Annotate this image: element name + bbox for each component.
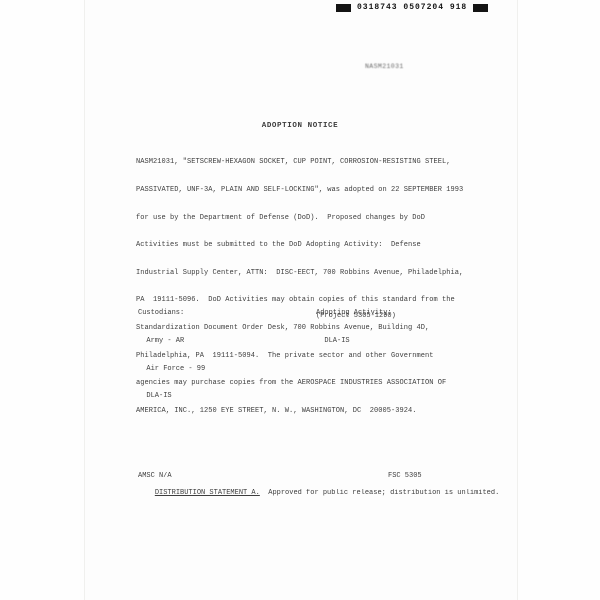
scan-header-stamp: 0318743 0507204 918 bbox=[336, 3, 488, 12]
distribution-statement: DISTRIBUTION STATEMENT A. Approved for p… bbox=[138, 481, 493, 505]
amsc-code: AMSC N/A bbox=[138, 472, 172, 480]
document-id: NASM21031 bbox=[365, 63, 404, 70]
custodian-air-force: Air Force - 99 bbox=[138, 365, 205, 374]
stamp-block-icon bbox=[336, 4, 351, 12]
page-title: ADOPTION NOTICE bbox=[0, 122, 600, 130]
distribution-statement-text: Approved for public release; distributio… bbox=[260, 489, 499, 497]
body-line: PASSIVATED, UNF-3A, PLAIN AND SELF-LOCKI… bbox=[136, 186, 486, 195]
custodians-heading: Custodians: bbox=[138, 309, 205, 318]
distribution-statement-label: DISTRIBUTION STATEMENT A. bbox=[155, 489, 260, 497]
body-line: Industrial Supply Center, ATTN: DISC-EEC… bbox=[136, 269, 486, 278]
project-number: (Project 5305-1290) bbox=[316, 312, 396, 320]
scanned-document-page: 0318743 0507204 918 NASM21031 ADOPTION N… bbox=[0, 0, 600, 600]
stamp-block-icon bbox=[473, 4, 488, 12]
custodian-dla: DLA-IS bbox=[138, 392, 205, 401]
stamp-number: 0318743 0507204 918 bbox=[357, 3, 467, 12]
adopting-activity-block: Adopting Activity: DLA-IS bbox=[316, 291, 392, 365]
body-line: for use by the Department of Defense (Do… bbox=[136, 214, 486, 223]
body-line: Activities must be submitted to the DoD … bbox=[136, 241, 486, 250]
custodians-block: Custodians: Army - AR Air Force - 99 DLA… bbox=[138, 291, 205, 420]
body-line: NASM21031, "SETSCREW-HEXAGON SOCKET, CUP… bbox=[136, 158, 486, 167]
fsc-code: FSC 5305 bbox=[388, 472, 422, 480]
custodian-army: Army - AR bbox=[138, 337, 205, 346]
adopting-value: DLA-IS bbox=[316, 337, 392, 346]
